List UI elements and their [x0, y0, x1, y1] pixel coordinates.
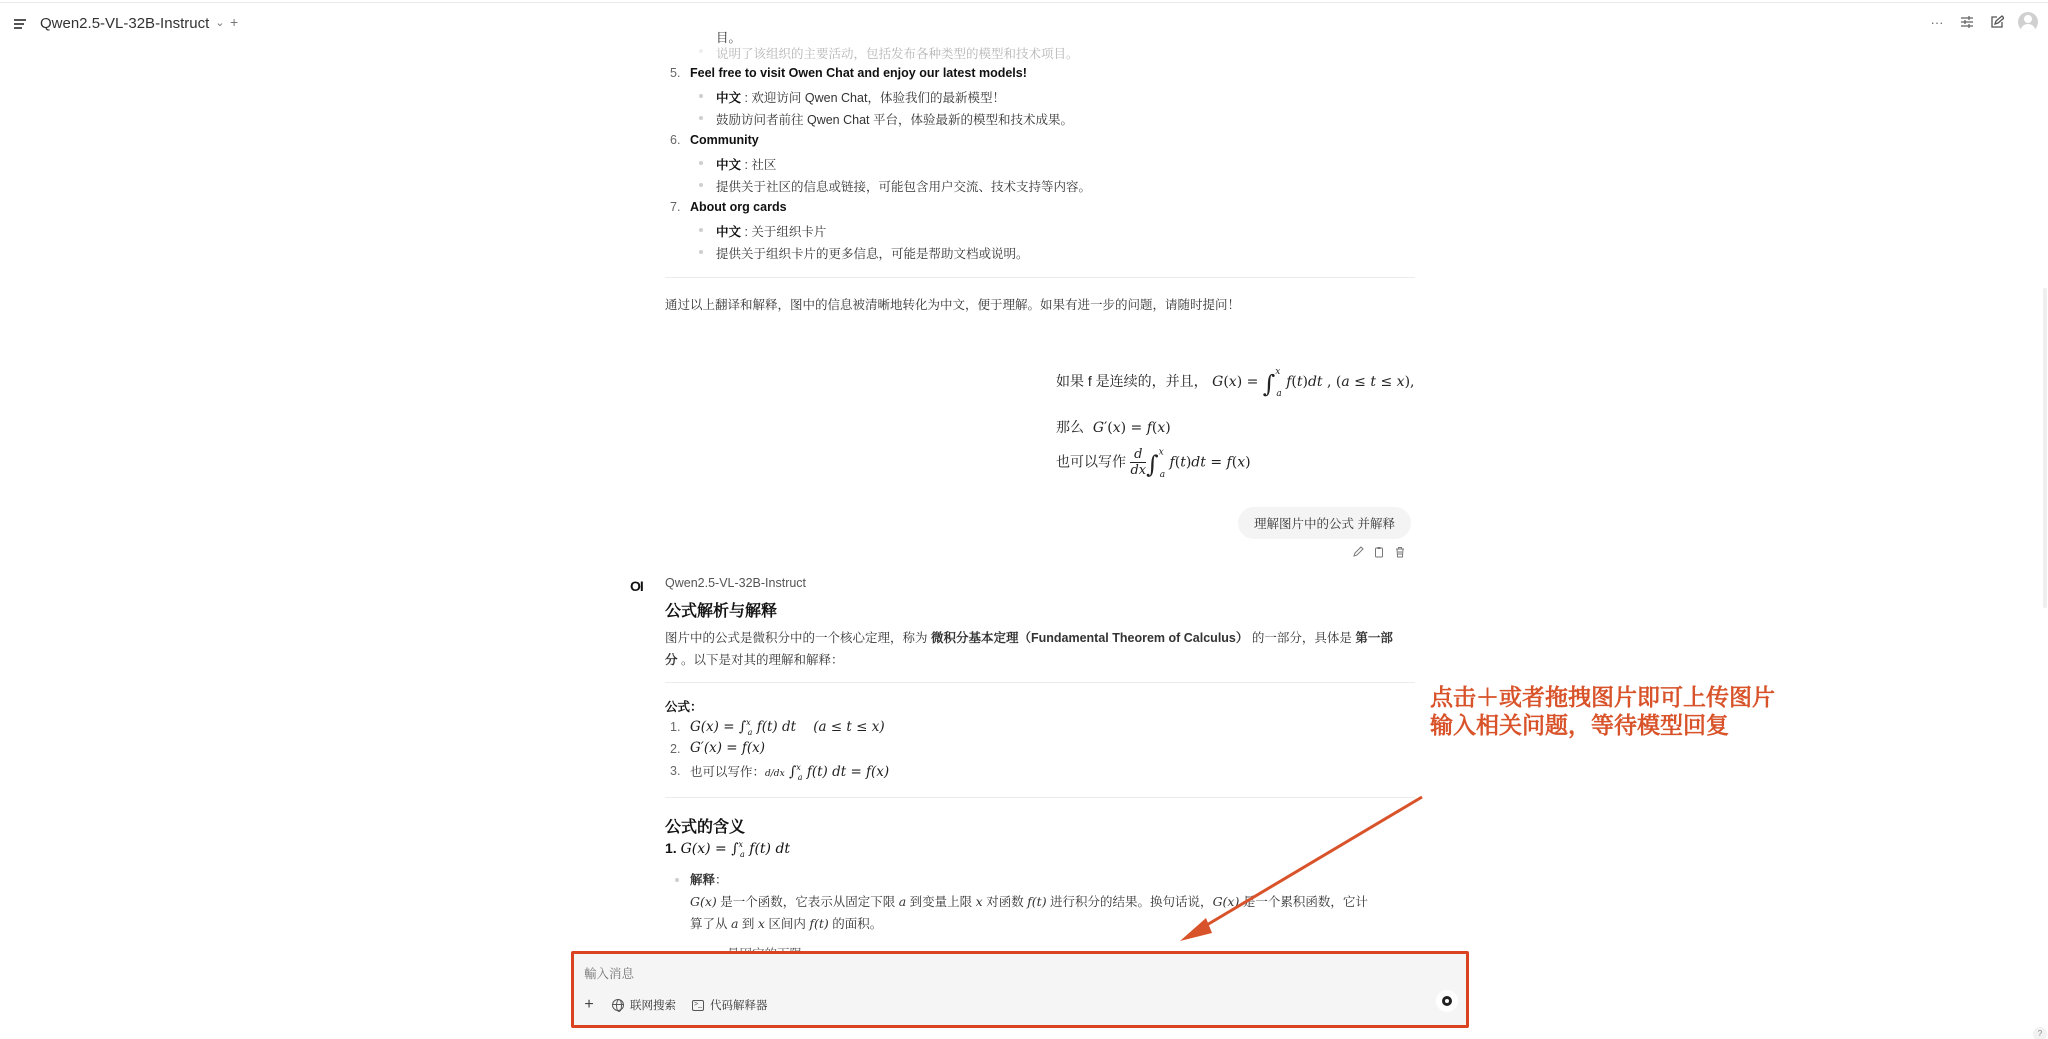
formula-line-1: 如果 f 是连续的，并且， G(x) = ∫xa f(t)dt , (a ≤ t…	[1056, 367, 1414, 399]
bullet	[675, 878, 679, 882]
intro-paragraph-cont: 分 。以下是对其的理解和解释：	[665, 650, 844, 668]
more-icon[interactable]: ···	[1928, 13, 1946, 31]
list-number: 3.	[670, 764, 680, 778]
list-item-title: Feel free to visit Owen Chat and enjoy o…	[690, 66, 1027, 80]
list-item: 提供关于组织卡片的更多信息，可能是帮助文档或说明。	[716, 244, 1029, 262]
delete-icon[interactable]	[1394, 546, 1406, 558]
annotation-line-2: 输入相关问题，等待模型回复	[1430, 711, 1775, 739]
closing-paragraph: 通过以上翻译和解释，图中的信息被清晰地转化为中文，便于理解。如果有进一步的问题，…	[665, 295, 1240, 313]
menu-icon[interactable]	[14, 19, 26, 29]
tutorial-annotation: 点击＋或者拖拽图片即可上传图片 输入相关问题，等待模型回复	[1430, 683, 1775, 739]
explain-line-2: 算了从 a 到 x 区间内 f(t) 的面积。	[690, 914, 882, 932]
bullet	[699, 228, 703, 232]
list-number: 1.	[670, 720, 680, 734]
user-message-text: 理解图片中的公式 并解释	[1254, 514, 1395, 532]
message-composer: + 联网搜索 >_ 代码解释器	[571, 951, 1469, 1028]
list-item-title: About org cards	[690, 200, 787, 214]
list-item-title: Community	[690, 133, 759, 147]
top-bar: Qwen2.5-VL-32B-Instruct ⌄ + ···	[0, 4, 2048, 44]
window-top-border	[0, 0, 2048, 3]
response-heading: 公式解析与解释	[665, 598, 777, 621]
chevron-down-icon: ⌄	[215, 16, 224, 29]
code-interpreter-label: 代码解释器	[710, 997, 768, 1013]
voice-icon	[1442, 996, 1452, 1006]
model-name: Qwen2.5-VL-32B-Instruct	[40, 15, 209, 32]
edit-icon[interactable]	[1352, 546, 1364, 558]
web-search-label: 联网搜索	[630, 997, 676, 1013]
bullet	[699, 49, 703, 53]
user-avatar[interactable]	[2018, 12, 2038, 32]
explain-label: 解释：	[690, 870, 728, 888]
divider	[665, 797, 1415, 798]
web-search-button[interactable]: 联网搜索	[612, 997, 676, 1013]
scrollbar[interactable]	[2043, 288, 2047, 608]
model-selector[interactable]: Qwen2.5-VL-32B-Instruct ⌄	[40, 15, 224, 32]
bullet	[699, 183, 703, 187]
copy-icon[interactable]	[1373, 546, 1385, 558]
list-number: 6.	[670, 133, 680, 147]
formula-2: G′(x) = f(x)	[690, 740, 765, 756]
intro-paragraph: 图片中的公式是微积分中的一个核心定理，称为 微积分基本定理（Fundamenta…	[665, 628, 1393, 646]
annotation-arrow-icon	[0, 0, 2048, 1039]
terminal-icon: >_	[692, 1000, 704, 1011]
list-item: 鼓励访问者前往 Qwen Chat 平台，体验最新的模型和技术成果。	[716, 110, 1073, 128]
divider	[665, 682, 1415, 683]
divider	[665, 277, 1415, 278]
list-number: 2.	[670, 742, 680, 756]
bullet	[699, 94, 703, 98]
add-model-button[interactable]: +	[230, 14, 238, 30]
list-item: 提供关于社区的信息或链接，可能包含用户交流、技术支持等内容。	[716, 177, 1091, 195]
controls-icon[interactable]	[1958, 13, 1976, 31]
help-icon[interactable]: ?	[2033, 1027, 2047, 1039]
list-item: 中文 : 欢迎访问 Qwen Chat，体验我们的最新模型！	[716, 88, 1005, 106]
meaning-item-1: 1. G(x) = ∫xa f(t) dt	[665, 840, 790, 859]
list-item: 中文 : 关于组织卡片	[716, 222, 826, 240]
header-actions: ···	[1928, 12, 2038, 32]
list-item: 中文 : 社区	[716, 155, 776, 173]
formula-line-3: 也可以写作 ddx∫xa f(t)dt = f(x)	[1056, 447, 1251, 480]
faded-bullet: 说明了该组织的主要活动，包括发布各种类型的模型和技术项目。	[716, 44, 1079, 62]
annotation-line-1: 点击＋或者拖拽图片即可上传图片	[1430, 683, 1775, 711]
formula-1: G(x) = ∫xa f(t) dt (a ≤ t ≤ x)	[690, 718, 885, 737]
bullet	[699, 250, 703, 254]
code-interpreter-button[interactable]: >_ 代码解释器	[692, 997, 768, 1013]
list-number: 7.	[670, 200, 680, 214]
meaning-heading: 公式的含义	[665, 814, 745, 837]
assistant-logo: OI	[630, 578, 643, 594]
explain-line-1: G(x) 是一个函数，它表示从固定下限 a 到变量上限 x 对函数 f(t) 进…	[690, 892, 1368, 910]
voice-mode-button[interactable]	[1436, 990, 1458, 1012]
formula-3: 也可以写作：d/dx ∫xa f(t) dt = f(x)	[690, 762, 889, 782]
user-message-bubble: 理解图片中的公式 并解释	[1238, 507, 1411, 539]
uploaded-formula-image[interactable]: 如果 f 是连续的，并且， G(x) = ∫xa f(t)dt , (a ≤ t…	[1050, 355, 1420, 495]
composer-tools: + 联网搜索 >_ 代码解释器	[582, 996, 768, 1014]
globe-icon	[612, 999, 624, 1011]
message-input[interactable]	[584, 967, 1444, 981]
assistant-name: Qwen2.5-VL-32B-Instruct	[665, 576, 806, 590]
bullet	[699, 116, 703, 120]
formula-label: 公式：	[665, 697, 703, 715]
message-actions	[1352, 546, 1406, 558]
list-number: 5.	[670, 66, 680, 80]
upload-plus-button[interactable]: +	[582, 996, 596, 1014]
new-chat-icon[interactable]	[1988, 13, 2006, 31]
bullet	[699, 161, 703, 165]
formula-line-2: 那么 G′(x) = f(x)	[1056, 417, 1171, 437]
